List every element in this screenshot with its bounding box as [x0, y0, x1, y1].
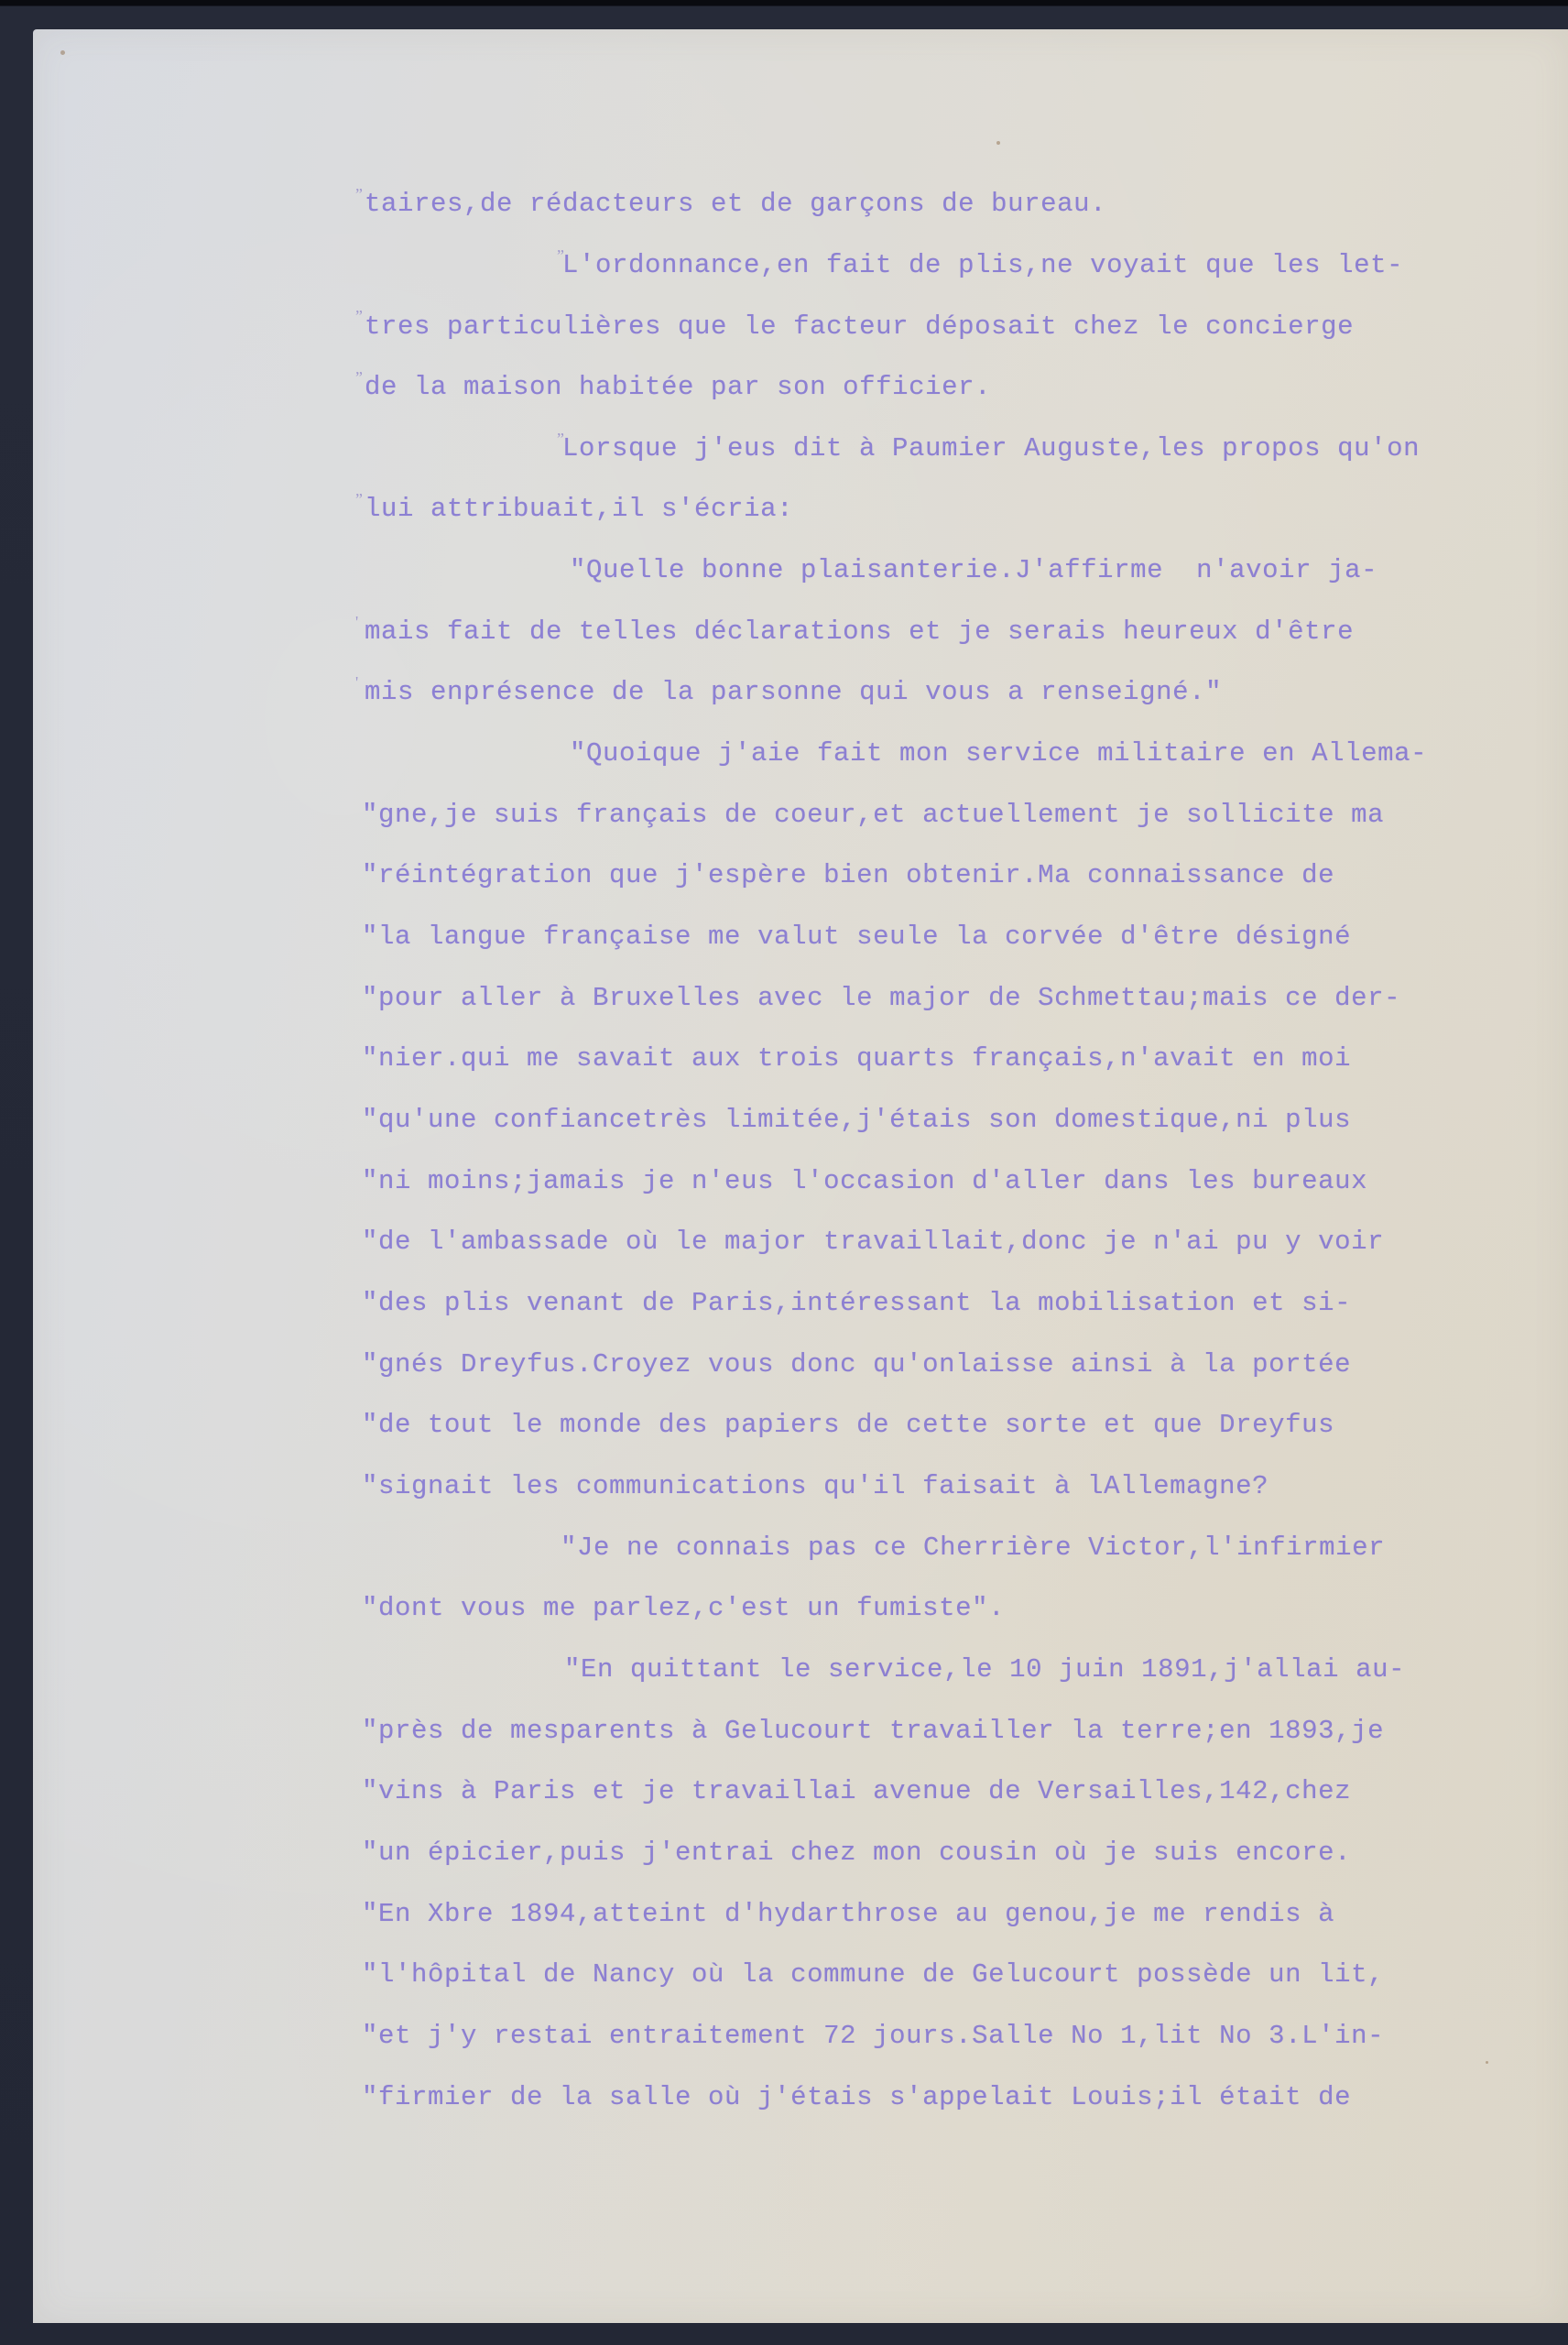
text-line: "Je ne connais pas ce Cherrière Victor,l… — [561, 1532, 1385, 1565]
margin-quote-mark: ' — [355, 613, 358, 632]
text-line: "En Xbre 1894,atteint d'hydarthrose au g… — [362, 1898, 1334, 1931]
text-line: de la maison habitée par son officier. — [365, 371, 991, 404]
text-line: "de tout le monde des papiers de cette s… — [362, 1409, 1334, 1442]
text-line: Lorsque j'eus dit à Paumier Auguste,les … — [562, 432, 1420, 465]
text-line: "En quittant le service,le 10 juin 1891,… — [564, 1653, 1405, 1686]
text-line: L'ordonnance,en fait de plis,ne voyait q… — [562, 249, 1403, 282]
text-line: "ni moins;jamais je n'eus l'occasion d'a… — [362, 1165, 1367, 1198]
text-line: "des plis venant de Paris,intéressant la… — [362, 1287, 1351, 1320]
text-line: "vins à Paris et je travaillai avenue de… — [362, 1775, 1351, 1808]
margin-quote-mark: ' — [355, 673, 358, 693]
text-line: "un épicier,puis j'entrai chez mon cousi… — [362, 1837, 1351, 1870]
margin-quote-mark: ” — [355, 368, 363, 387]
text-line: "gne,je suis français de coeur,et actuel… — [362, 799, 1384, 832]
text-line: lui attribuait,il s'écria: — [365, 493, 793, 526]
typewritten-text: ” ” ” ” ” ” ' ' taires,de rédacteurs et … — [33, 29, 1568, 2323]
text-line: tres particulières que le facteur déposa… — [365, 311, 1354, 344]
text-line: "firmier de la salle où j'étais s'appela… — [362, 2081, 1351, 2114]
margin-quote-mark: ” — [355, 185, 363, 204]
text-line: "près de mesparents à Gelucourt travaill… — [362, 1715, 1384, 1748]
text-line: "Quoique j'aie fait mon service militair… — [570, 737, 1427, 770]
text-line: "dont vous me parlez,c'est un fumiste". — [362, 1592, 1005, 1625]
text-line: "pour aller à Bruxelles avec le major de… — [362, 982, 1400, 1015]
text-line: "gnés Dreyfus.Croyez vous donc qu'onlais… — [362, 1348, 1351, 1381]
scan-background: ” ” ” ” ” ” ' ' taires,de rédacteurs et … — [0, 0, 1568, 2345]
text-line: "Quelle bonne plaisanterie.J'affirme n'a… — [570, 554, 1377, 587]
text-line: "qu'une confiancetrès limitée,j'étais so… — [362, 1104, 1351, 1137]
document-page: ” ” ” ” ” ” ' ' taires,de rédacteurs et … — [33, 29, 1568, 2323]
text-line: "de l'ambassade où le major travaillait,… — [362, 1226, 1384, 1259]
text-line: "et j'y restai entraitement 72 jours.Sal… — [362, 2020, 1384, 2053]
text-line: "signait les communications qu'il faisai… — [362, 1470, 1269, 1503]
margin-quote-mark: ” — [355, 307, 363, 326]
margin-quote-mark: ” — [355, 490, 363, 509]
text-line: "l'hôpital de Nancy où la commune de Gel… — [362, 1958, 1384, 1991]
text-line: "réintégration que j'espère bien obtenir… — [362, 859, 1334, 892]
text-line: taires,de rédacteurs et de garçons de bu… — [365, 188, 1106, 221]
text-line: mais fait de telles déclarations et je s… — [365, 616, 1354, 649]
text-line: "nier.qui me savait aux trois quarts fra… — [362, 1042, 1351, 1075]
text-line: mis enprésence de la parsonne qui vous a… — [365, 676, 1222, 709]
text-line: "la langue française me valut seule la c… — [362, 921, 1351, 954]
